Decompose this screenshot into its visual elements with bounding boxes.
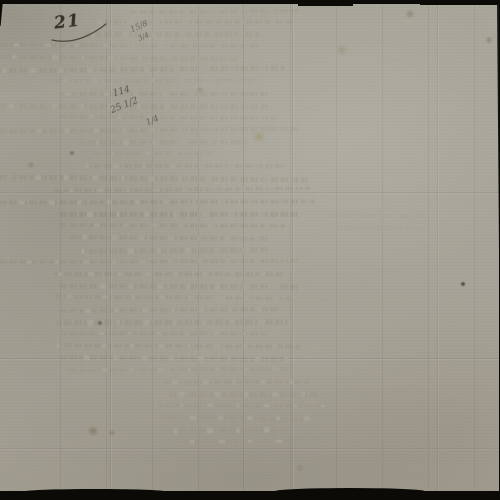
ghost-text-line: [95, 152, 215, 155]
ghost-text-line: [60, 92, 270, 96]
ghost-text-line: [55, 79, 255, 83]
ghost-text-line: [55, 272, 285, 276]
ghost-text-line: [335, 226, 425, 231]
scan-edge-bottom: [0, 491, 500, 500]
foxing-spot: [485, 36, 493, 44]
ghost-text-line: [60, 115, 275, 120]
foxing-spot: [405, 9, 415, 19]
foxing-spot: [336, 44, 348, 56]
manuscript-page: 21 15/8 3/4 114 25 1/2 1/4: [0, 4, 499, 491]
ghost-text-line: [165, 380, 310, 385]
ghost-text-line: [70, 367, 290, 372]
ghost-text-line: [130, 9, 300, 13]
manuscript-scan: 21 15/8 3/4 114 25 1/2 1/4: [0, 0, 500, 500]
ghost-text-line: [55, 295, 290, 300]
ghost-text-line: [170, 392, 320, 397]
ghost-text-line: [155, 404, 325, 408]
ghost-text-line: [0, 127, 300, 134]
ghost-text-line: [80, 140, 250, 146]
foxing-spot: [69, 150, 75, 156]
ghost-text-line: [60, 283, 305, 289]
ghost-text-line: [70, 235, 270, 241]
ghost-text-line: [60, 224, 285, 228]
fold-line: [110, 4, 111, 491]
foxing-spot: [460, 281, 466, 287]
ghost-text-line: [55, 319, 290, 325]
crease-line: [0, 192, 499, 193]
ghost-text-line: [0, 55, 240, 61]
scan-edge-bump: [298, 4, 353, 6]
scan-edge-bump: [420, 4, 498, 5]
fold-line: [437, 4, 438, 491]
ghost-text-line: [85, 164, 285, 169]
foxing-spot: [252, 130, 266, 144]
ghost-text-line: [0, 199, 315, 204]
ghost-text-line: [80, 247, 270, 254]
ghost-text-line: [60, 212, 300, 217]
foxing-spot: [295, 463, 305, 473]
foxing-spot: [27, 161, 35, 169]
ghost-text-line: [0, 259, 300, 263]
ghost-text-line: [330, 214, 430, 218]
crease-line: [0, 448, 499, 449]
ghost-text-line: [160, 415, 310, 420]
ghost-text-line: [60, 332, 275, 335]
ghost-text-line: [95, 20, 295, 25]
ghost-text-line: [60, 307, 280, 313]
ghost-text-line: [60, 355, 290, 362]
ghost-text-line: [0, 175, 310, 183]
foxing-spot: [87, 425, 99, 437]
ghost-text-line: [0, 43, 260, 47]
pencil-calculation: 114: [112, 85, 131, 99]
ghost-text-line: [55, 343, 300, 348]
ghost-text-line: [175, 440, 290, 444]
folio-number: 21: [53, 10, 82, 33]
ghost-text-line: [170, 427, 290, 433]
